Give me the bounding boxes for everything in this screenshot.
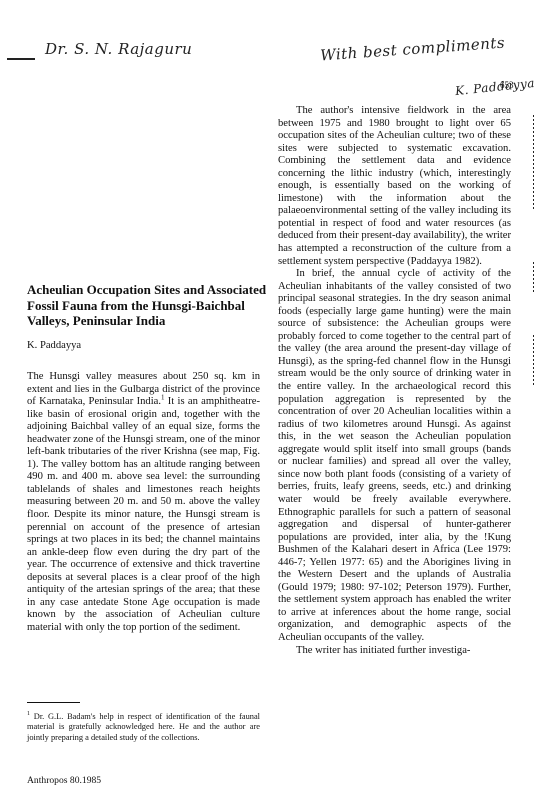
scan-edge-mark: [533, 115, 534, 210]
page-number: 653: [500, 80, 514, 90]
document-page: Dr. S. N. Rajaguru With best compliments…: [0, 0, 537, 800]
footnote: 1 Dr. G.L. Badam's help in respect of id…: [27, 712, 260, 743]
article-author: K. Paddayya: [27, 340, 81, 351]
paragraph-text-cont: It is an amphitheatre-like basin of eros…: [27, 396, 260, 633]
article-title: Acheulian Occupation Sites and Associate…: [27, 282, 267, 329]
handwritten-compliments: With best compliments: [320, 34, 506, 65]
left-column-body: The Hunsgi valley measures about 250 sq.…: [27, 371, 260, 634]
paragraph: The writer has initiated further investi…: [278, 645, 511, 658]
paragraph: In brief, the annual cycle of activity o…: [278, 268, 511, 644]
footnote-marker: 1: [27, 711, 30, 717]
footnote-text: Dr. G.L. Badam's help in respect of iden…: [27, 712, 260, 742]
handwritten-signature: K. Paddayya: [454, 76, 535, 98]
handwritten-dedication: Dr. S. N. Rajaguru: [45, 40, 192, 58]
paragraph: The author's intensive fieldwork in the …: [278, 105, 511, 268]
journal-reference: Anthropos 80.1985: [27, 775, 101, 786]
footnote-divider: [27, 702, 80, 703]
scan-edge-mark: [533, 262, 534, 292]
paragraph: The Hunsgi valley measures about 250 sq.…: [27, 371, 260, 634]
scan-edge-mark: [533, 335, 534, 385]
right-column-body: The author's intensive fieldwork in the …: [278, 105, 511, 657]
handwritten-dash: [7, 58, 35, 60]
